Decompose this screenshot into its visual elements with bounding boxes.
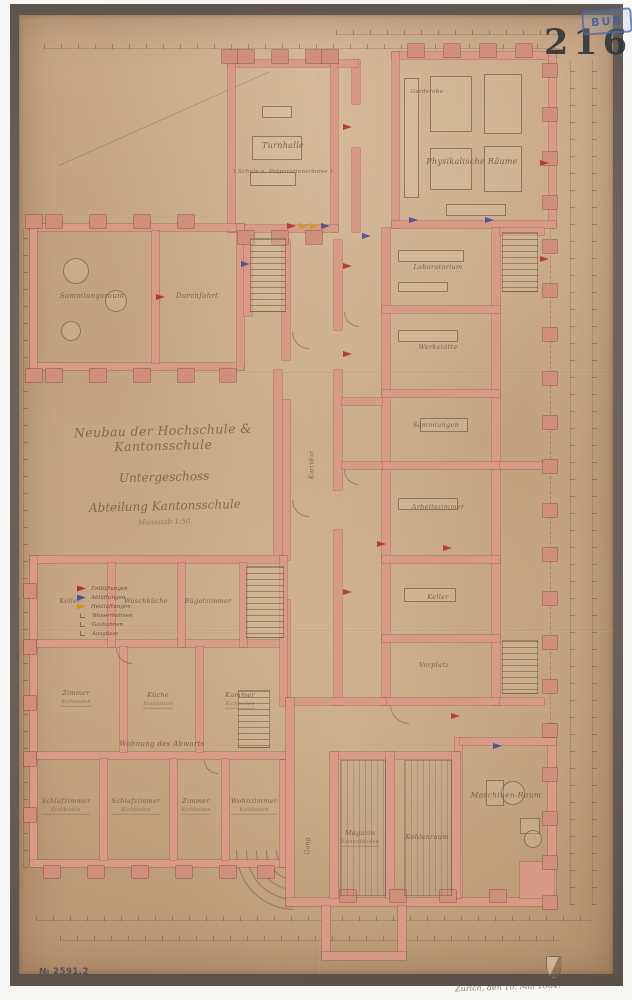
wall-segment — [334, 240, 342, 330]
legend-label: Gashahnen — [92, 622, 123, 628]
pilaster — [90, 369, 106, 382]
room-label: Kohlenraum — [405, 833, 448, 843]
room-floor-material: Zementboden — [341, 839, 379, 848]
dimension-strip-bottom-2 — [60, 936, 560, 941]
pilaster — [543, 680, 557, 693]
wall-segment — [338, 60, 358, 67]
room-floor-material: Eichboden — [225, 701, 255, 710]
service-flag-marker — [451, 713, 460, 719]
pilaster — [480, 44, 496, 57]
pilaster — [132, 866, 148, 878]
dimension-strip-top-2 — [336, 30, 558, 35]
pilaster — [543, 636, 557, 649]
wall-segment — [352, 148, 360, 232]
legend-tick-icon — [80, 613, 85, 618]
legend-tick-icon — [80, 622, 85, 627]
wall-segment — [334, 370, 342, 490]
pilaster — [543, 328, 557, 341]
pilaster — [26, 215, 42, 228]
catalog-number: № 2591.2 — [39, 967, 89, 977]
room-label: Keller — [427, 593, 448, 603]
wall-segment — [286, 698, 386, 705]
pilaster — [543, 196, 557, 209]
room-label: Gang — [304, 837, 313, 854]
legend-flag-icon — [77, 586, 86, 592]
title-block: Neubau der Hochschule & Kantonsschule Un… — [54, 420, 275, 529]
pilaster — [490, 890, 506, 902]
pilaster — [543, 284, 557, 297]
pilaster — [543, 64, 557, 77]
staircase — [502, 640, 538, 694]
room-label: Laboratorium — [414, 263, 463, 273]
wall-segment — [342, 398, 382, 405]
wall-segment — [286, 898, 556, 906]
furniture-circle — [61, 321, 81, 341]
wall-segment — [382, 635, 500, 642]
pilaster — [408, 44, 424, 57]
wall-segment — [30, 860, 286, 867]
wall-segment — [37, 640, 286, 647]
legend-label: Heizlüftungen — [91, 604, 131, 610]
legend-item: Gashahnen — [77, 620, 133, 629]
pilaster — [258, 866, 274, 878]
room-label: Physikalische Räume — [426, 156, 518, 168]
furniture-rect — [484, 146, 522, 192]
legend-item: Wasserhahnen — [77, 611, 133, 620]
door-swing-arc — [390, 705, 409, 724]
dimension-strip-bottom — [36, 916, 592, 921]
legend-item: Ausgüsse — [77, 629, 133, 638]
pilaster — [543, 108, 557, 121]
staircase — [246, 566, 284, 638]
wall-segment — [322, 952, 406, 960]
pilaster — [543, 240, 557, 253]
pilaster — [134, 215, 150, 228]
legend-label: Wasserhahnen — [92, 613, 133, 619]
pilaster — [178, 369, 194, 382]
plan-paper: Turnhalle( Schule u. Präparationsräume )… — [19, 15, 613, 974]
staircase — [502, 232, 538, 292]
pilaster — [176, 866, 192, 878]
door-swing-arc — [116, 648, 132, 664]
pilaster — [543, 768, 557, 781]
furniture-rect — [430, 148, 472, 190]
room-floor-material: Eichboden — [41, 807, 90, 816]
room-label: ZimmerEichboden — [181, 797, 211, 815]
furniture-rect — [398, 282, 448, 292]
wall-segment — [330, 752, 338, 898]
room-label: ZimmerEichboden — [61, 689, 91, 707]
room-floor-material: Tonplatten — [143, 701, 173, 710]
pilaster — [306, 50, 322, 63]
room-label: Korridor — [308, 451, 317, 479]
legend-label: Ablüftungen — [91, 595, 125, 601]
wall-segment — [500, 462, 544, 469]
pilaster — [24, 808, 36, 822]
room-label: Bügelzimmer — [184, 597, 231, 607]
pilaster — [543, 896, 557, 909]
wall-segment — [386, 752, 394, 898]
furniture-rect — [398, 330, 458, 342]
legend-tick-icon — [80, 631, 85, 636]
service-flag-marker — [343, 263, 352, 269]
pilaster — [322, 50, 338, 63]
legend-item: Entlüftungen — [77, 584, 133, 593]
service-flag-marker — [443, 545, 452, 551]
room-floor-material: Eichboden — [231, 807, 277, 816]
pilaster — [543, 592, 557, 605]
wall-segment — [382, 698, 500, 705]
service-flag-marker — [540, 256, 549, 262]
pilaster — [543, 460, 557, 473]
dimension-strip-left — [23, 228, 28, 868]
wall-segment — [452, 752, 460, 898]
wall-segment — [382, 462, 500, 469]
wall-segment — [334, 530, 342, 705]
pilaster — [88, 866, 104, 878]
pilaster — [543, 548, 557, 561]
room-label: Maschinen-Raum — [471, 789, 542, 800]
door-swing-arc — [344, 470, 359, 485]
door-swing-arc — [204, 760, 218, 774]
pilaster — [543, 504, 557, 517]
pilaster — [24, 640, 36, 654]
door-swing-arc — [292, 500, 309, 517]
legend: EntlüftungenAblüftungenHeizlüftungenWass… — [77, 584, 133, 638]
room-label: Wohnung des Abwarts — [119, 739, 204, 750]
staircase — [250, 238, 286, 312]
furniture-rect — [446, 204, 506, 216]
pilaster — [222, 50, 238, 63]
room-label: MagazinZementboden — [341, 829, 379, 847]
legend-item: Heizlüftungen — [77, 602, 133, 611]
legend-label: Ausgüsse — [92, 631, 118, 637]
wall-segment — [322, 906, 330, 958]
furniture-circle — [524, 830, 542, 848]
pilaster — [543, 372, 557, 385]
pilaster — [134, 369, 150, 382]
pilaster — [24, 584, 36, 598]
wall-segment — [382, 556, 500, 563]
wall-segment — [398, 906, 406, 958]
joist-floor — [404, 760, 452, 896]
service-flag-marker — [343, 124, 352, 130]
wall-segment — [286, 698, 294, 906]
room-floor-material: Eichboden — [61, 699, 91, 708]
wall-segment — [500, 698, 544, 705]
pilaster — [26, 369, 42, 382]
service-flag-marker — [156, 294, 165, 300]
pilaster — [272, 50, 288, 63]
room-label: Turnhalle — [262, 140, 304, 152]
scanned-plan-sheet: Turnhalle( Schule u. Präparationsräume )… — [0, 0, 632, 1000]
service-flag-marker — [343, 351, 352, 357]
wall-segment — [228, 60, 235, 232]
wall-segment — [382, 390, 500, 397]
wall-segment — [30, 224, 37, 370]
pilaster — [24, 696, 36, 710]
room-label: WohnzimmerEichboden — [231, 797, 277, 815]
room-label: Arbeitszimmer — [412, 503, 465, 513]
plan-subtitle-floor: Untergeschoss — [55, 467, 273, 487]
plan-title: Neubau der Hochschule & Kantonsschule — [54, 420, 273, 456]
room-label: KücheTonplatten — [143, 691, 173, 709]
furniture-rect — [398, 250, 464, 262]
furniture-rect — [262, 106, 292, 118]
wall-segment — [282, 400, 290, 560]
pilaster — [220, 866, 236, 878]
door-swing-arc — [344, 312, 359, 327]
room-label: KammerEichboden — [225, 691, 255, 709]
wall-segment — [100, 759, 107, 860]
plan-subtitle-section: Abteilung Kantonsschule — [56, 496, 274, 516]
service-flag-marker — [343, 589, 352, 595]
pilaster — [543, 812, 557, 825]
wall-segment — [331, 60, 338, 232]
room-label: SchlafzimmerEichboden — [111, 797, 160, 815]
furniture-rect — [430, 76, 472, 132]
wall-segment — [382, 306, 500, 313]
room-label: Sammlungen — [413, 421, 459, 431]
wall-segment — [392, 221, 556, 228]
room-floor-material: Eichboden — [111, 807, 160, 816]
room-label: Werkstätte — [419, 343, 458, 353]
room-label: Vorplatz — [419, 661, 449, 671]
wall-segment — [392, 52, 399, 228]
pilaster — [543, 856, 557, 869]
wall-segment — [330, 752, 460, 759]
furniture-circle — [63, 258, 89, 284]
legend-label: Entlüftungen — [91, 586, 128, 592]
pilaster — [24, 752, 36, 766]
legend-flag-icon — [77, 595, 86, 601]
pilaster — [90, 215, 106, 228]
pilaster — [220, 369, 236, 382]
wall-segment — [37, 752, 286, 759]
wall-segment — [274, 370, 282, 556]
room-label: ( Schule u. Präparationsräume ) — [234, 168, 333, 176]
legend-flag-icon — [77, 604, 86, 610]
pilaster — [543, 416, 557, 429]
pilaster — [178, 215, 194, 228]
pilaster — [46, 369, 62, 382]
room-label: Garderobe — [411, 88, 444, 96]
pilaster — [516, 44, 532, 57]
wall-segment — [237, 224, 244, 370]
wall-segment — [30, 556, 286, 563]
pilaster — [444, 44, 460, 57]
room-label: SchlafzimmerEichboden — [41, 797, 90, 815]
wall-segment — [170, 759, 177, 860]
room-label: Durchfahrt — [176, 291, 218, 302]
blue-corner-stamp: BUR — [581, 7, 632, 35]
wall-segment — [460, 738, 556, 745]
wall-segment — [196, 647, 203, 752]
wall-segment — [342, 462, 382, 469]
pilaster — [238, 50, 254, 63]
pilaster — [46, 215, 62, 228]
room-floor-material: Eichboden — [181, 807, 211, 816]
pilaster — [543, 724, 557, 737]
wall-segment — [222, 759, 229, 860]
pilaster — [44, 866, 60, 878]
dimension-strip-right-2 — [592, 60, 597, 905]
service-flag-marker — [362, 233, 371, 239]
furniture-rect — [484, 74, 522, 134]
legend-item: Ablüftungen — [77, 593, 133, 602]
room-label: Sammlungsraum — [60, 291, 124, 302]
pilaster — [306, 231, 322, 244]
door-swing-arc — [292, 332, 309, 349]
dimension-strip-right — [570, 60, 575, 905]
